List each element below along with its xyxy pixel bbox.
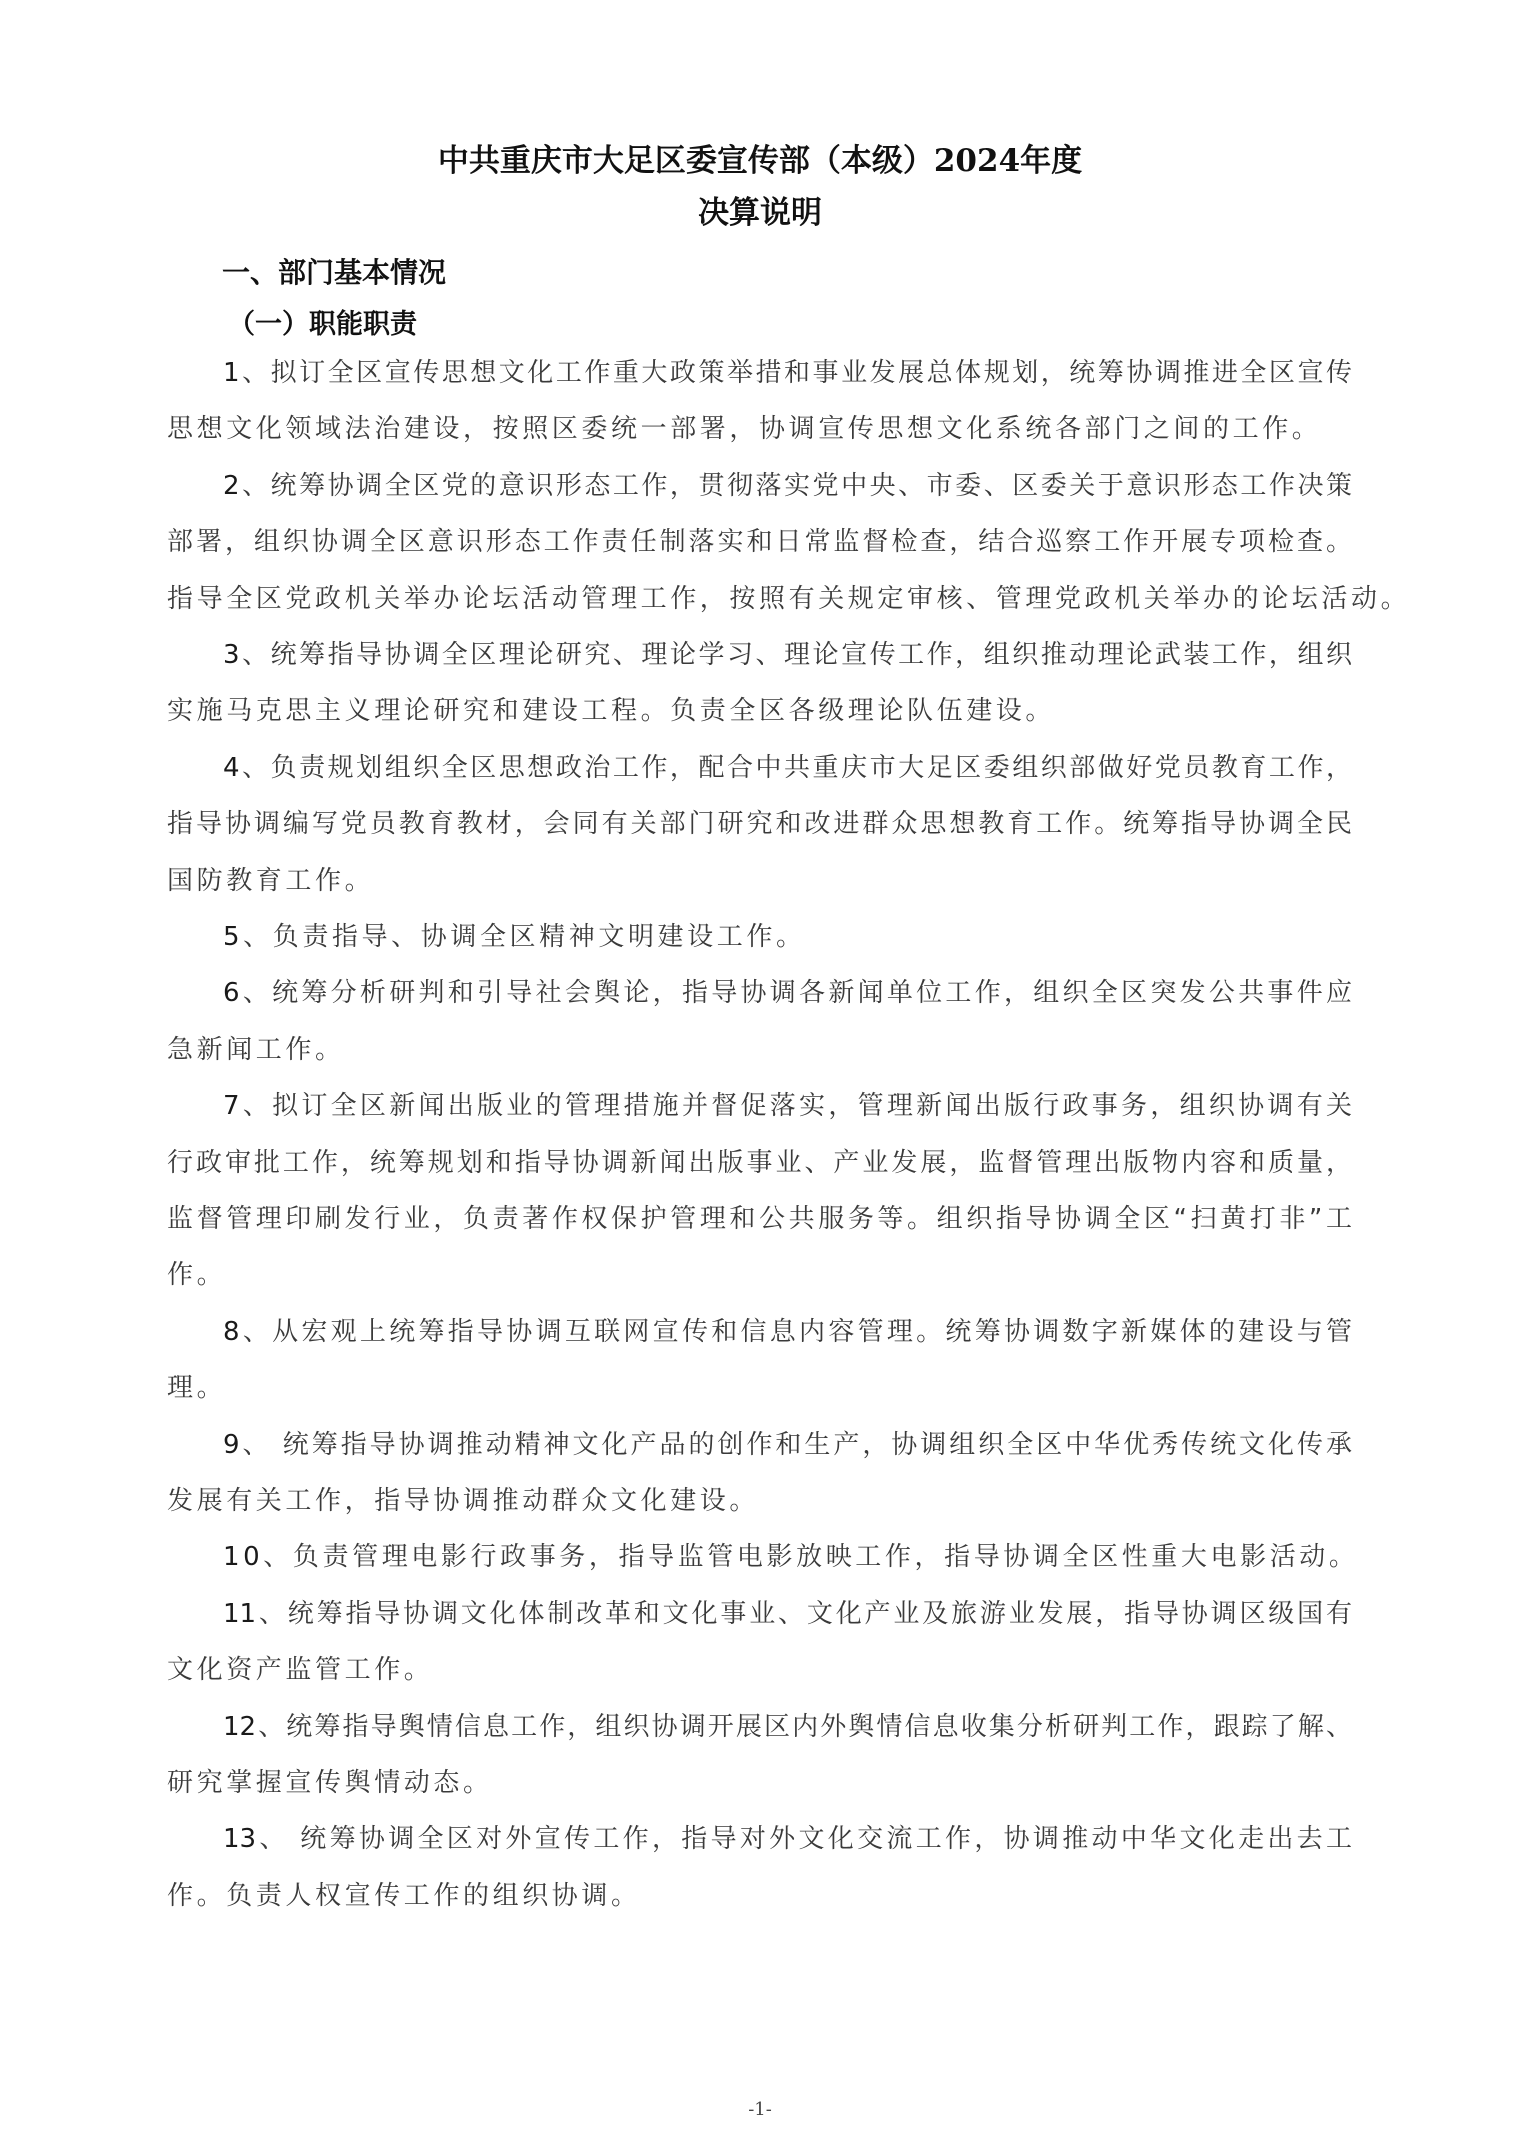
- paragraph-line: 指导协调编写党员教育教材，会同有关部门研究和改进群众思想教育工作。统筹指导协调全…: [167, 804, 1352, 844]
- page-number: -1-: [0, 2098, 1520, 2122]
- document-subtitle: 决算说明: [0, 193, 1520, 233]
- paragraph-line: 8、从宏观上统筹指导协调互联网宣传和信息内容管理。统筹协调数字新媒体的建设与管: [223, 1312, 1352, 1352]
- item-number: 1: [223, 358, 240, 388]
- paragraph-text: 行政审批工作，统筹规划和指导协调新闻出版事业、产业发展，监督管理出版物内容和质量…: [167, 1148, 1352, 1178]
- paragraph-text: 、 统筹协调全区对外宣传工作，指导对外文化交流工作，协调推动中华文化走出去工: [256, 1824, 1352, 1854]
- item-number: 13: [223, 1824, 256, 1854]
- paragraph-line: 4、负责规划组织全区思想政治工作，配合中共重庆市大足区委组织部做好党员教育工作，: [223, 748, 1352, 788]
- paragraph-text: 监督管理印刷发行业，负责著作权保护管理和公共服务等。组织指导协调全区“扫黄打非”…: [167, 1204, 1352, 1234]
- paragraph-text: 、 统筹指导协调推动精神文化产品的创作和生产，协调组织全区中华优秀传统文化传承: [240, 1430, 1352, 1460]
- item-number: 6: [223, 978, 240, 1008]
- paragraph-line: 行政审批工作，统筹规划和指导协调新闻出版事业、产业发展，监督管理出版物内容和质量…: [167, 1143, 1352, 1183]
- paragraph-line: 5、负责指导、协调全区精神文明建设工作。: [223, 917, 1352, 957]
- paragraph-line: 13、 统筹协调全区对外宣传工作，指导对外文化交流工作，协调推动中华文化走出去工: [223, 1819, 1352, 1859]
- item-number: 5: [223, 922, 243, 952]
- paragraph-text: 、负责指导、协调全区精神文明建设工作。: [243, 922, 805, 952]
- paragraph-text: 急新闻工作。: [167, 1035, 345, 1065]
- paragraph-text: 、统筹指导协调文化体制改革和文化事业、文化产业及旅游业发展，指导协调区级国有: [256, 1599, 1352, 1629]
- paragraph-line: 12、统筹指导舆情信息工作，组织协调开展区内外舆情信息收集分析研判工作，跟踪了解…: [223, 1707, 1352, 1747]
- paragraph-text: 、统筹指导协调全区理论研究、理论学习、理论宣传工作，组织推动理论武装工作，组织: [240, 640, 1352, 670]
- paragraph-line: 3、统筹指导协调全区理论研究、理论学习、理论宣传工作，组织推动理论武装工作，组织: [223, 635, 1352, 675]
- item-number: 3: [223, 640, 240, 670]
- paragraph-line: 7、拟订全区新闻出版业的管理措施并督促落实，管理新闻出版行政事务，组织协调有关: [223, 1086, 1352, 1126]
- paragraph-line: 2、统筹协调全区党的意识形态工作，贯彻落实党中央、市委、区委关于意识形态工作决策: [223, 466, 1352, 506]
- paragraph-text: 、统筹分析研判和引导社会舆论，指导协调各新闻单位工作，组织全区突发公共事件应: [240, 978, 1352, 1008]
- paragraph-line: 监督管理印刷发行业，负责著作权保护管理和公共服务等。组织指导协调全区“扫黄打非”…: [167, 1199, 1352, 1239]
- document-title: 中共重庆市大足区委宣传部（本级）2024年度: [0, 141, 1520, 181]
- item-number: 7: [223, 1091, 240, 1121]
- paragraph-line: 作。负责人权宣传工作的组织协调。: [167, 1876, 1352, 1916]
- paragraph-line: 实施马克思主义理论研究和建设工程。负责全区各级理论队伍建设。: [167, 691, 1352, 731]
- item-number: 11: [223, 1599, 256, 1629]
- paragraph-line: 思想文化领域法治建设，按照区委统一部署，协调宣传思想文化系统各部门之间的工作。: [167, 409, 1352, 449]
- paragraph-text: 研究掌握宣传舆情动态。: [167, 1768, 493, 1798]
- item-number: 8: [223, 1317, 240, 1347]
- paragraph-text: 作。: [167, 1260, 226, 1290]
- item-number: 4: [223, 753, 240, 783]
- item-number: 9: [223, 1430, 240, 1460]
- subsection-heading: （一）职能职责: [228, 307, 417, 343]
- section-heading: 一、部门基本情况: [222, 255, 446, 291]
- paragraph-text: 实施马克思主义理论研究和建设工程。负责全区各级理论队伍建设。: [167, 696, 1055, 726]
- paragraph-text: 部署，组织协调全区意识形态工作责任制落实和日常监督检查，结合巡察工作开展专项检查…: [167, 527, 1352, 557]
- paragraph-text: 发展有关工作，指导协调推动群众文化建设。: [167, 1486, 759, 1516]
- item-number: 2: [223, 471, 240, 501]
- paragraph-line: 研究掌握宣传舆情动态。: [167, 1763, 1352, 1803]
- document-page: 中共重庆市大足区委宣传部（本级）2024年度 决算说明 一、部门基本情况 （一）…: [0, 0, 1520, 2149]
- paragraph-line: 文化资产监管工作。: [167, 1650, 1352, 1690]
- paragraph-text: 指导协调编写党员教育教材，会同有关部门研究和改进群众思想教育工作。统筹指导协调全…: [167, 809, 1352, 839]
- paragraph-line: 急新闻工作。: [167, 1030, 1352, 1070]
- paragraph-line: 10、负责管理电影行政事务，指导监管电影放映工作，指导协调全区性重大电影活动。: [223, 1537, 1352, 1577]
- paragraph-line: 指导全区党政机关举办论坛活动管理工作，按照有关规定审核、管理党政机关举办的论坛活…: [167, 579, 1352, 619]
- paragraph-text: 指导全区党政机关举办论坛活动管理工作，按照有关规定审核、管理党政机关举办的论坛活…: [167, 584, 1410, 614]
- paragraph-text: 理。: [167, 1373, 226, 1403]
- paragraph-text: 、拟订全区宣传思想文化工作重大政策举措和事业发展总体规划，统筹协调推进全区宣传: [240, 358, 1352, 388]
- paragraph-text: 、负责管理电影行政事务，指导监管电影放映工作，指导协调全区性重大电影活动。: [263, 1542, 1358, 1572]
- paragraph-line: 1、拟订全区宣传思想文化工作重大政策举措和事业发展总体规划，统筹协调推进全区宣传: [223, 353, 1352, 393]
- paragraph-text: 思想文化领域法治建设，按照区委统一部署，协调宣传思想文化系统各部门之间的工作。: [167, 414, 1321, 444]
- paragraph-text: 、拟订全区新闻出版业的管理措施并督促落实，管理新闻出版行政事务，组织协调有关: [240, 1091, 1352, 1121]
- paragraph-text: 、负责规划组织全区思想政治工作，配合中共重庆市大足区委组织部做好党员教育工作，: [240, 753, 1352, 783]
- paragraph-text: 、统筹指导舆情信息工作，组织协调开展区内外舆情信息收集分析研判工作，跟踪了解、: [256, 1712, 1352, 1742]
- paragraph-text: 作。负责人权宣传工作的组织协调。: [167, 1881, 641, 1911]
- paragraph-line: 发展有关工作，指导协调推动群众文化建设。: [167, 1481, 1352, 1521]
- paragraph-line: 9、 统筹指导协调推动精神文化产品的创作和生产，协调组织全区中华优秀传统文化传承: [223, 1425, 1352, 1465]
- paragraph-line: 国防教育工作。: [167, 861, 1352, 901]
- paragraph-line: 作。: [167, 1255, 1352, 1295]
- item-number: 12: [223, 1712, 256, 1742]
- item-number: 10: [223, 1542, 263, 1572]
- paragraph-line: 11、统筹指导协调文化体制改革和文化事业、文化产业及旅游业发展，指导协调区级国有: [223, 1594, 1352, 1634]
- paragraph-text: 文化资产监管工作。: [167, 1655, 433, 1685]
- paragraph-text: 、统筹协调全区党的意识形态工作，贯彻落实党中央、市委、区委关于意识形态工作决策: [240, 471, 1352, 501]
- paragraph-line: 部署，组织协调全区意识形态工作责任制落实和日常监督检查，结合巡察工作开展专项检查…: [167, 522, 1352, 562]
- paragraph-line: 6、统筹分析研判和引导社会舆论，指导协调各新闻单位工作，组织全区突发公共事件应: [223, 973, 1352, 1013]
- paragraph-text: 、从宏观上统筹指导协调互联网宣传和信息内容管理。统筹协调数字新媒体的建设与管: [240, 1317, 1352, 1347]
- paragraph-text: 国防教育工作。: [167, 866, 374, 896]
- paragraph-line: 理。: [167, 1368, 1352, 1408]
